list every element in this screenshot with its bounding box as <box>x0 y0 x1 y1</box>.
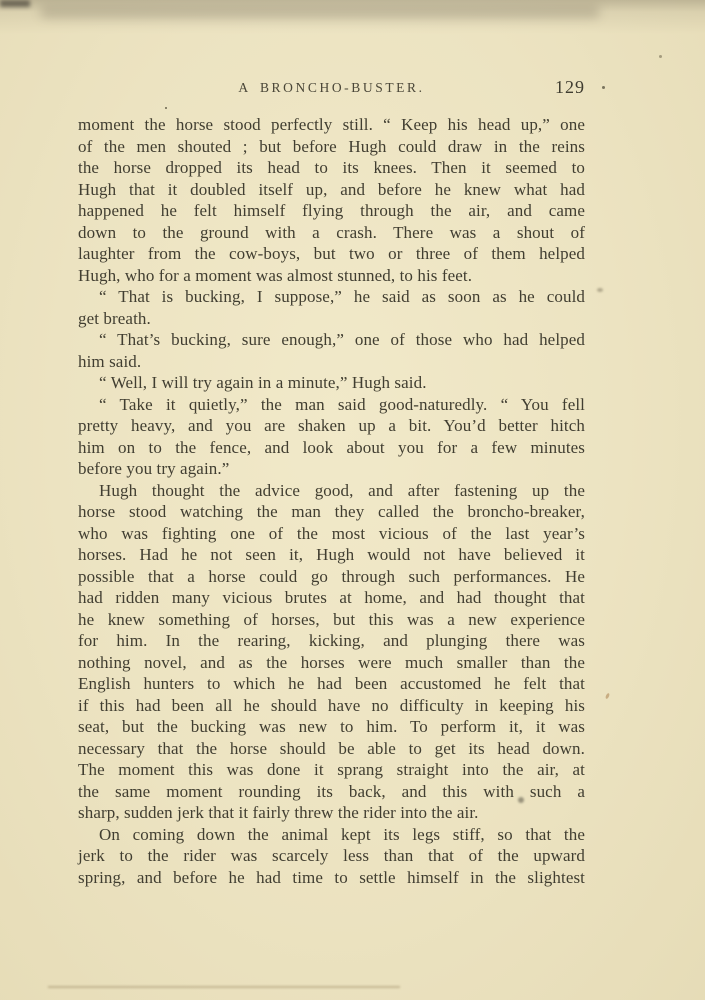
text-line: English hunters to which he had been acc… <box>78 673 585 695</box>
paragraph: “ That’s bucking, sure enough,” one of t… <box>78 329 585 372</box>
text-line: horses. Had he not seen it, Hugh would n… <box>78 544 585 566</box>
text-line: seat, but the bucking was new to him. To… <box>78 716 585 738</box>
text-line: necessary that the horse should be able … <box>78 738 585 760</box>
text-line: before you try again.” <box>78 458 585 480</box>
text-line: horse stood watching the man they called… <box>78 501 585 523</box>
paragraph: On coming down the animal kept its legs … <box>78 824 585 889</box>
scanned-book-page: { "page": { "running_head": "A BRONCHO-B… <box>0 0 705 1000</box>
text-line: down to the ground with a crash. There w… <box>78 222 585 244</box>
page-header: A BRONCHO-BUSTER. 129 <box>78 80 585 100</box>
text-line: had ridden many vicious brutes at home, … <box>78 587 585 609</box>
running-head: A BRONCHO-BUSTER. <box>78 80 585 96</box>
ink-speck <box>659 55 662 58</box>
text-line: moment the horse stood perfectly still. … <box>78 114 585 136</box>
paragraph: moment the horse stood perfectly still. … <box>78 114 585 286</box>
text-line: he knew something of horses, but this wa… <box>78 609 585 631</box>
text-line: Hugh thought the advice good, and after … <box>78 480 585 502</box>
text-line: On coming down the animal kept its legs … <box>78 824 585 846</box>
text-line: “ Take it quietly,” the man said good-na… <box>78 394 585 416</box>
text-line: for him. In the rearing, kicking, and pl… <box>78 630 585 652</box>
text-line: who was fighting one of the most vicious… <box>78 523 585 545</box>
text-line: The moment this was done it sprang strai… <box>78 759 585 781</box>
text-line: if this had been all he should have no d… <box>78 695 585 717</box>
text-line: spring, and before he had time to settle… <box>78 867 585 889</box>
text-line: “ That is bucking, I suppose,” he said a… <box>78 286 585 308</box>
scan-streak <box>40 6 600 18</box>
paper-crease <box>48 986 400 988</box>
ink-speck <box>165 107 167 109</box>
text-line: laughter from the cow-boys, but two or t… <box>78 243 585 265</box>
text-line: pretty heavy, and you are shaken up a bi… <box>78 415 585 437</box>
body-text: moment the horse stood perfectly still. … <box>78 114 585 888</box>
text-line: the horse dropped its head to its knees.… <box>78 157 585 179</box>
paragraph: “ That is bucking, I suppose,” he said a… <box>78 286 585 329</box>
ink-speck <box>605 693 610 700</box>
ink-speck <box>597 288 603 292</box>
text-line: him on to the fence, and look about you … <box>78 437 585 459</box>
scan-corner-smudge <box>0 0 30 7</box>
text-line: Hugh, who for a moment was almost stunne… <box>78 265 585 287</box>
text-line: of the men shouted ; but before Hugh cou… <box>78 136 585 158</box>
paragraph: “ Take it quietly,” the man said good-na… <box>78 394 585 480</box>
text-line: nothing novel, and as the horses were mu… <box>78 652 585 674</box>
text-line: him said. <box>78 351 585 373</box>
text-line: sharp, sudden jerk that it fairly threw … <box>78 802 585 824</box>
text-line: jerk to the rider was scarcely less than… <box>78 845 585 867</box>
text-line: “ That’s bucking, sure enough,” one of t… <box>78 329 585 351</box>
ink-speck <box>602 86 605 89</box>
text-line: get breath. <box>78 308 585 330</box>
text-line: “ Well, I will try again in a minute,” H… <box>78 372 585 394</box>
paragraph: Hugh thought the advice good, and after … <box>78 480 585 824</box>
text-line: Hugh that it doubled itself up, and befo… <box>78 179 585 201</box>
page-number: 129 <box>555 77 585 98</box>
paragraph: “ Well, I will try again in a minute,” H… <box>78 372 585 394</box>
text-line: happened he felt himself flying through … <box>78 200 585 222</box>
scan-shadow-top <box>0 0 705 34</box>
text-line: possible that a horse could go through s… <box>78 566 585 588</box>
text-line: the same moment rounding its back, and t… <box>78 781 585 803</box>
